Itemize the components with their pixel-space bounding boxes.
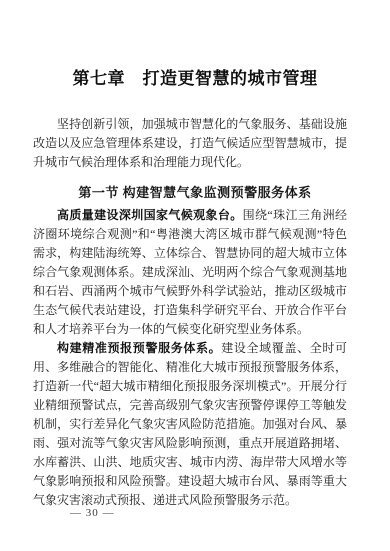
page-number: — 30 — xyxy=(70,506,115,520)
document-page: 第七章 打造更智慧的城市管理 坚持创新引领，加强城市智慧化的气象服务、基础设施改… xyxy=(0,0,390,551)
body-paragraph: 高质量建设深圳国家气候观象台。围绕“珠江三角洲经济圈环境综合观测”和“粤港澳大湾… xyxy=(33,206,347,339)
body-paragraph: 构建精准预报预警服务体系。建设全域覆盖、全时可用、多维融合的智能化、精准化大城市… xyxy=(33,339,347,510)
paragraph-text: 围绕“珠江三角洲经济圈环境综合观测”和“粤港澳大湾区城市群气候观测”特色需求，构… xyxy=(33,208,347,336)
chapter-title: 第七章 打造更智慧的城市管理 xyxy=(0,68,390,89)
section-heading: 第一节 构建智慧气象监测预警服务体系 xyxy=(0,183,390,202)
intro-paragraph: 坚持创新引领，加强城市智慧化的气象服务、基础设施改造以及应急管理体系建设，打造气… xyxy=(33,115,347,172)
paragraph-text: 建设全域覆盖、全时可用、多维融合的智能化、精准化大城市预报预警服务体系，打造新一… xyxy=(33,341,347,507)
paragraph-lead: 高质量建设深圳国家气候观象台。 xyxy=(57,208,243,222)
paragraph-lead: 构建精准预报预警服务体系。 xyxy=(57,341,221,355)
